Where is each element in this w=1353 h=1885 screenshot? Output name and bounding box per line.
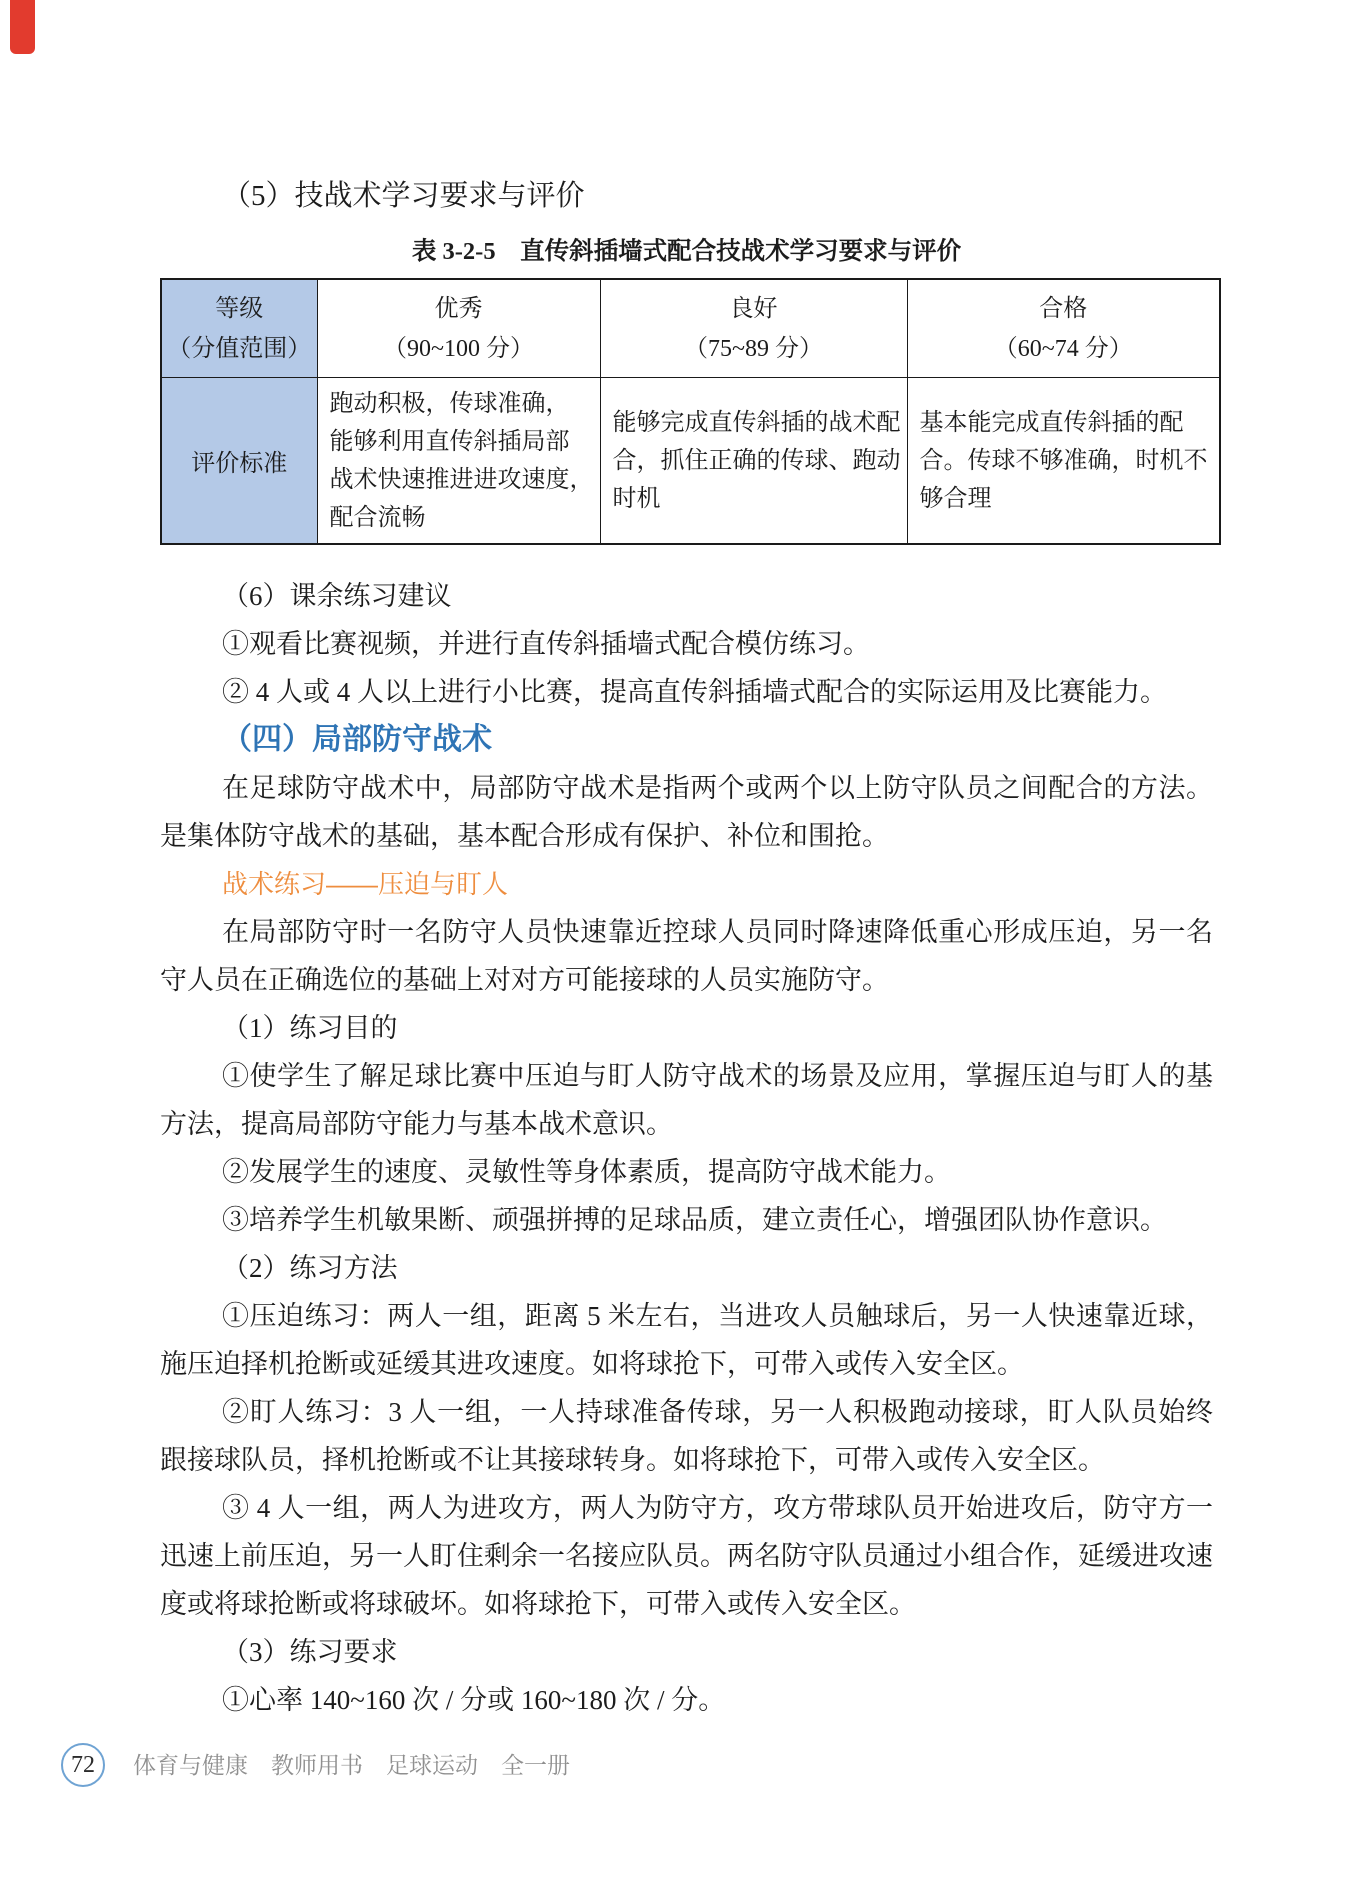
table-cell: 能够完成直传斜插的战术配合，抓住正确的传球、跑动时机 [600, 378, 907, 545]
table-header-cell: 优秀（90~100 分） [317, 279, 600, 378]
textbook-page: （5）技战术学习要求与评价 表 3-2-5 直传斜插墙式配合技战术学习要求与评价… [0, 0, 1353, 1885]
table-header-cell: 良好（75~89 分） [600, 279, 907, 378]
body-line: 跟接球队员，择机抢断或不让其接球转身。如将球抢下，可带入或传入安全区。 [160, 1436, 1213, 1484]
body-line: （6）课余练习建议 [160, 572, 1213, 620]
table-header-cell: 等级（分值范围） [161, 279, 317, 378]
table-row-label: 评价标准 [161, 378, 317, 545]
body-line: 迅速上前压迫，另一人盯住剩余一名接应队员。两名防守队员通过小组合作，延缓进攻速 [160, 1532, 1213, 1580]
exercise-heading-orange: 战术练习——压迫与盯人 [160, 860, 1213, 908]
body-line: （1）练习目的 [160, 1004, 1213, 1052]
body-line: 是集体防守战术的基础，基本配合形成有保护、补位和围抢。 [160, 812, 1213, 860]
body-line: ② 4 人或 4 人以上进行小比赛，提高直传斜插墙式配合的实际运用及比赛能力。 [160, 668, 1213, 716]
table-caption: 表 3-2-5 直传斜插墙式配合技战术学习要求与评价 [160, 234, 1213, 270]
body-line: ①心率 140~160 次 / 分或 160~180 次 / 分。 [160, 1676, 1213, 1724]
body-line: （2）练习方法 [160, 1244, 1213, 1292]
body-line: 在局部防守时一名防守人员快速靠近控球人员同时降速降低重心形成压迫，另一名防 [160, 908, 1213, 956]
footer-book-info: 体育与健康 教师用书 足球运动 全一册 [133, 1743, 570, 1787]
body-line: 在足球防守战术中，局部防守战术是指两个或两个以上防守队员之间配合的方法。它 [160, 764, 1213, 812]
section-title: （5）技战术学习要求与评价 [222, 174, 585, 218]
body-text: （6）课余练习建议①观看比赛视频，并进行直传斜插墙式配合模仿练习。② 4 人或 … [160, 572, 1213, 1724]
table-cell: 跑动积极，传球准确，能够利用直传斜插局部战术快速推进进攻速度，配合流畅 [317, 378, 600, 545]
body-line: 施压迫择机抢断或延缓其进攻速度。如将球抢下，可带入或传入安全区。 [160, 1340, 1213, 1388]
body-line: 度或将球抢断或将球破坏。如将球抢下，可带入或传入安全区。 [160, 1580, 1213, 1628]
evaluation-table: 等级（分值范围）优秀（90~100 分）良好（75~89 分）合格（60~74 … [160, 278, 1221, 545]
body-line: ③培养学生机敏果断、顽强拼搏的足球品质，建立责任心，增强团队协作意识。 [160, 1196, 1213, 1244]
body-line: ①使学生了解足球比赛中压迫与盯人防守战术的场景及应用，掌握压迫与盯人的基本 [160, 1052, 1213, 1100]
table-header-cell: 合格（60~74 分） [907, 279, 1220, 378]
body-line: 方法，提高局部防守能力与基本战术意识。 [160, 1100, 1213, 1148]
body-line: ②发展学生的速度、灵敏性等身体素质，提高防守战术能力。 [160, 1148, 1213, 1196]
body-line: ①压迫练习：两人一组，距离 5 米左右，当进攻人员触球后，另一人快速靠近球，实 [160, 1292, 1213, 1340]
section-heading-blue: （四）局部防守战术 [160, 716, 1213, 764]
page-number-badge: 72 [61, 1743, 105, 1787]
body-line: ①观看比赛视频，并进行直传斜插墙式配合模仿练习。 [160, 620, 1213, 668]
table-cell: 基本能完成直传斜插的配合。传球不够准确，时机不够合理 [907, 378, 1220, 545]
body-line: ③ 4 人一组，两人为进攻方，两人为防守方，攻方带球队员开始进攻后，防守方一人 [160, 1484, 1213, 1532]
body-line: 守人员在正确选位的基础上对对方可能接球的人员实施防守。 [160, 956, 1213, 1004]
body-line: （3）练习要求 [160, 1628, 1213, 1676]
table-body-row: 评价标准跑动积极，传球准确，能够利用直传斜插局部战术快速推进进攻速度，配合流畅能… [161, 378, 1220, 545]
body-line: ②盯人练习：3 人一组，一人持球准备传球，另一人积极跑动接球，盯人队员始终紧 [160, 1388, 1213, 1436]
table-header-row: 等级（分值范围）优秀（90~100 分）良好（75~89 分）合格（60~74 … [161, 279, 1220, 378]
page-edge-tab [10, 0, 35, 54]
